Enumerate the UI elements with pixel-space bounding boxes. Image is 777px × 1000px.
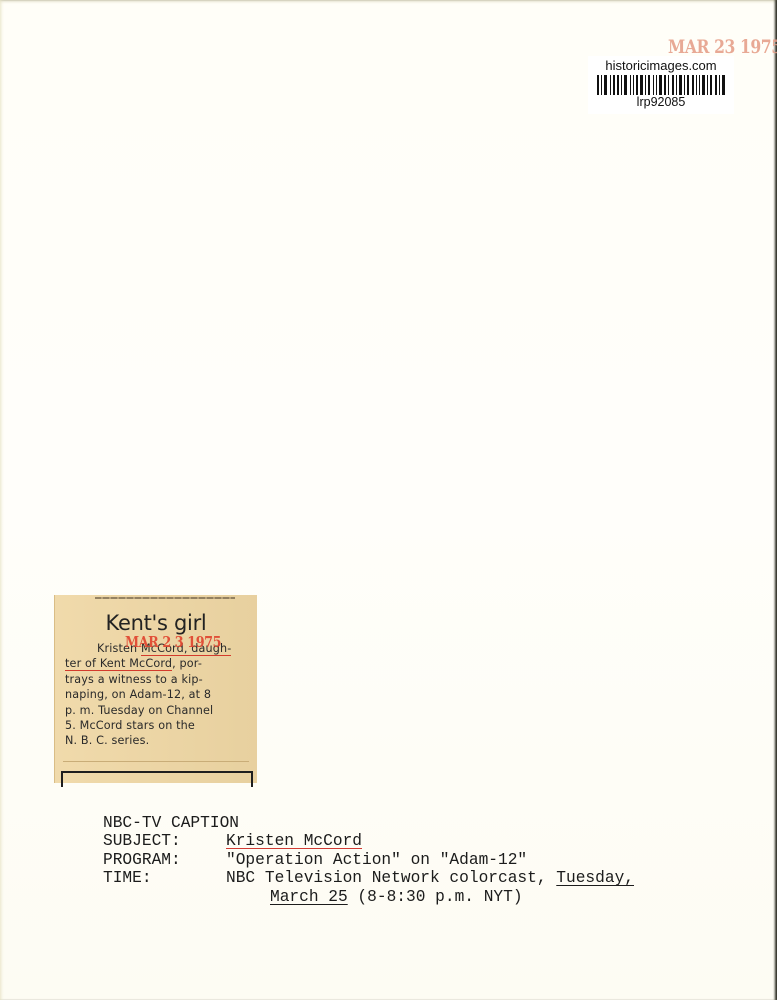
clipping-line: p. m. Tuesday on Channel: [65, 703, 251, 718]
clipping-top-rule: [95, 597, 235, 599]
caption-row-program: PROGRAM:"Operation Action" on "Adam-12": [103, 851, 634, 869]
clipping-line: trays a witness to a kip-: [65, 672, 251, 687]
caption-date: March 25: [270, 888, 348, 906]
typewritten-caption: NBC-TV CAPTION SUBJECT:Kristen McCord PR…: [103, 814, 634, 906]
archive-label: historicimages.com lrp92085: [588, 56, 734, 114]
caption-value-program: "Operation Action" on "Adam-12": [226, 851, 527, 869]
date-stamp-top: MAR 23 1975: [668, 36, 777, 58]
caption-row-continuation: March 25 (8-8:30 p.m. NYT): [103, 888, 634, 906]
clipping-line: ter of Kent McCord, por-: [65, 656, 251, 671]
clipping-line: 5. McCord stars on the: [65, 718, 251, 733]
label-id: lrp92085: [588, 95, 734, 109]
clipping-box-border: [61, 771, 253, 787]
caption-value-day: Tuesday,: [556, 869, 634, 887]
label-site: historicimages.com: [588, 58, 734, 73]
caption-time-range: (8-8:30 p.m. NYT): [348, 888, 523, 906]
newspaper-clipping: Kent's girl Kristen McCord, daugh- ter o…: [54, 595, 257, 783]
clipping-line: N. B. C. series.: [65, 733, 251, 748]
caption-label: TIME:: [103, 869, 226, 887]
caption-header: NBC-TV CAPTION: [103, 814, 634, 832]
caption-row-time: TIME:NBC Television Network colorcast, T…: [103, 869, 634, 887]
clipping-divider: [63, 761, 249, 762]
caption-label: PROGRAM:: [103, 851, 226, 869]
clipping-line: naping, on Adam-12, at 8: [65, 687, 251, 702]
date-stamp-clipping: MAR 2 3 1975: [125, 633, 221, 651]
barcode-icon: [597, 75, 725, 95]
clipping-body: Kristen McCord, daugh- ter of Kent McCor…: [65, 641, 251, 749]
caption-row-subject: SUBJECT:Kristen McCord: [103, 832, 634, 850]
caption-value-time: NBC Television Network colorcast,: [226, 869, 556, 887]
red-underline-text: ter of Kent McCord: [65, 657, 172, 671]
clipping-headline: Kent's girl: [55, 611, 257, 635]
caption-label: SUBJECT:: [103, 832, 226, 850]
photo-back-page: MAR 23 1975 historicimages.com lrp92085 …: [0, 0, 777, 1000]
caption-value-subject: Kristen McCord: [226, 832, 362, 850]
